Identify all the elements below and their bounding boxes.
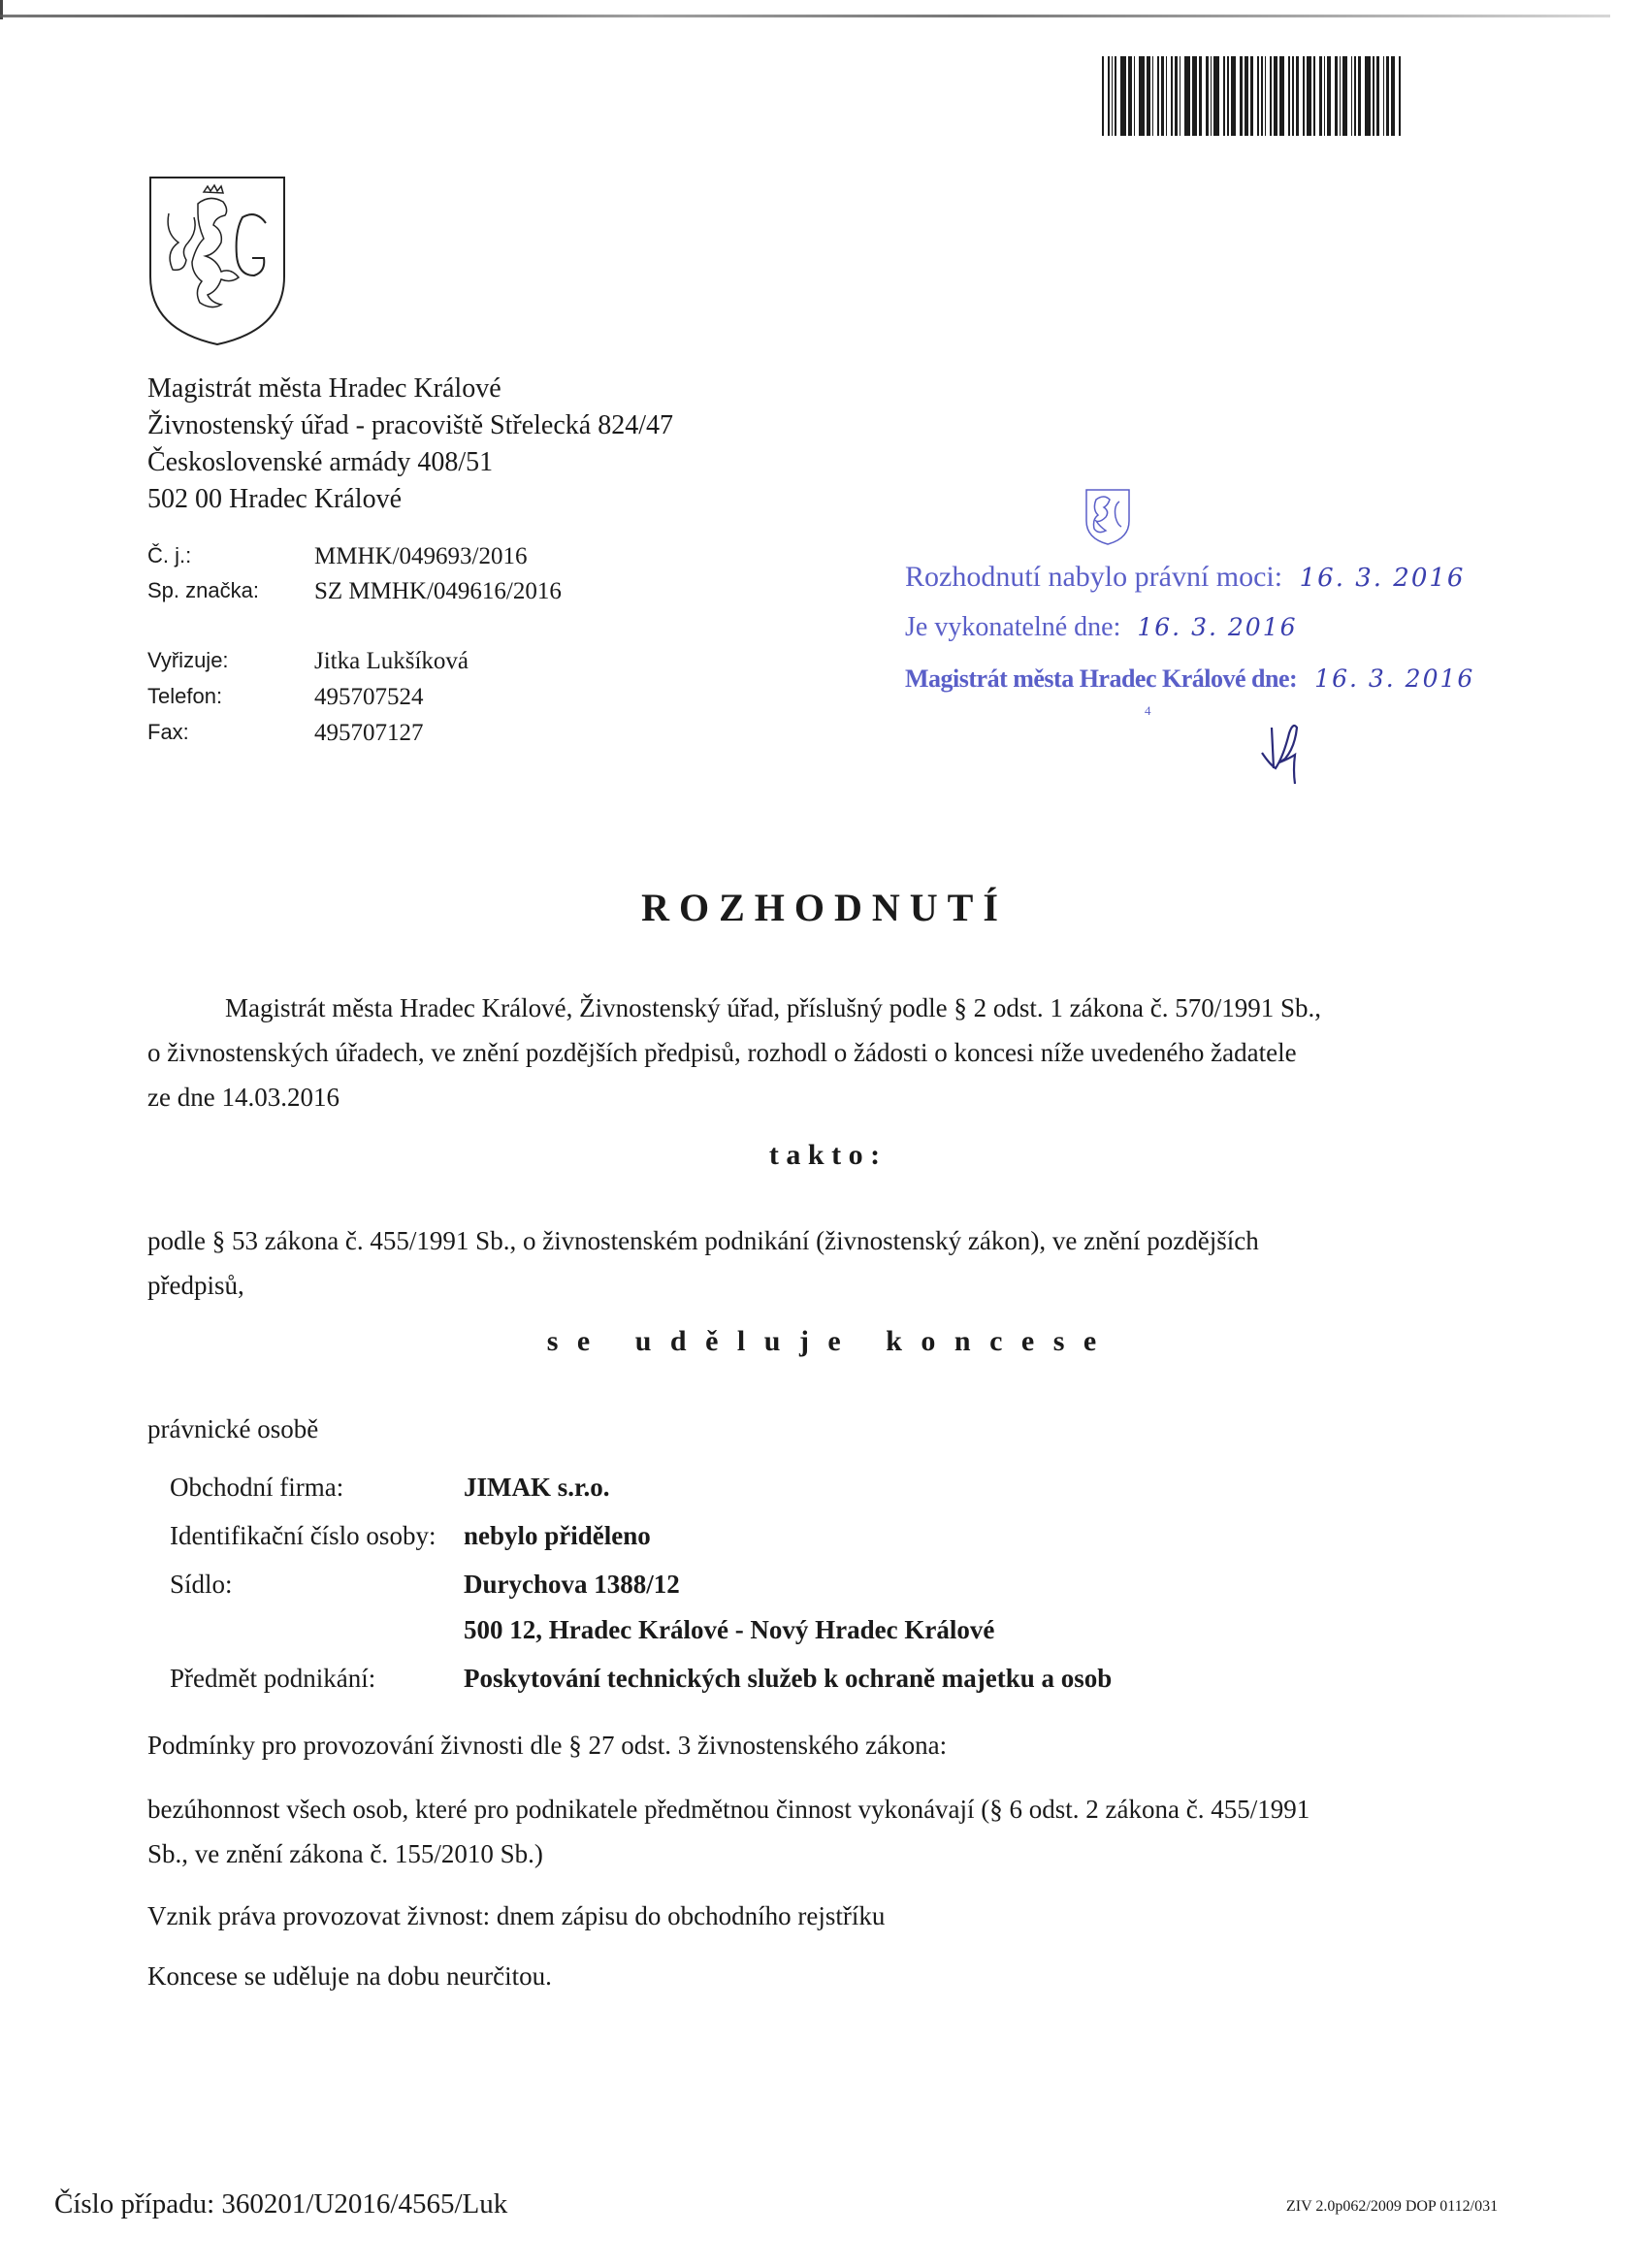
barcode-bar bbox=[1227, 56, 1229, 136]
case-number: Číslo případu: 360201/U2016/4565/Luk bbox=[54, 2188, 507, 2220]
takto-heading: t a k t o : bbox=[0, 1139, 1649, 1172]
barcode-bar bbox=[1175, 56, 1178, 136]
barcode-bar bbox=[1213, 56, 1219, 136]
barcode-bar bbox=[1161, 56, 1164, 136]
intro-line: Magistrát města Hradec Králové, Živnoste… bbox=[147, 986, 1467, 1030]
issuer-line: 502 00 Hradec Králové bbox=[147, 481, 673, 518]
reference-label: Č. j.: bbox=[147, 543, 191, 568]
scan-artifact-line bbox=[0, 15, 1610, 17]
issuer-line: Živnostenský úřad - pracoviště Střelecká… bbox=[147, 407, 673, 444]
recipient-type: právnické osobě bbox=[147, 1407, 1467, 1451]
issuer-line: Magistrát města Hradec Králové bbox=[147, 371, 673, 407]
party-value: Durychova 1388/12 bbox=[464, 1570, 680, 1600]
barcode-bar bbox=[1166, 56, 1167, 136]
party-row: Předmět podnikání: Poskytování technický… bbox=[0, 1664, 1649, 1712]
party-row: Sídlo: Durychova 1388/12 bbox=[0, 1570, 1649, 1615]
decision-heading: s e u d ě l u j e k o n c e s e bbox=[0, 1325, 1649, 1358]
conditions-heading: Podmínky pro provozování živnosti dle § … bbox=[147, 1723, 1467, 1767]
handwritten-date: 16. 3. 2016 bbox=[1137, 613, 1297, 641]
stamp-crest-icon bbox=[1084, 488, 1131, 546]
barcode-bar bbox=[1365, 56, 1371, 136]
conditions-paragraph: bezúhonnost všech osob, které pro podnik… bbox=[147, 1787, 1467, 1876]
barcode-bar bbox=[1245, 56, 1248, 136]
barcode-bar bbox=[1231, 56, 1236, 136]
stamp-line-enforceable: Je vykonatelné dne: 16. 3. 2016 bbox=[905, 612, 1298, 643]
barcode-bar bbox=[1383, 56, 1384, 136]
stamp-line-legal-force: Rozhodnutí nabylo právní moci: 16. 3. 20… bbox=[905, 561, 1465, 594]
barcode-bar bbox=[1296, 56, 1299, 136]
barcode-bar bbox=[1223, 56, 1225, 136]
barcode-bar bbox=[1376, 56, 1379, 136]
conditions-line: Sb., ve znění zákona č. 155/2010 Sb.) bbox=[147, 1831, 1467, 1876]
intro-line: o živnostenských úřadech, ve znění pozdě… bbox=[147, 1030, 1467, 1075]
barcode-bar bbox=[1184, 56, 1190, 136]
stamp-label: Je vykonatelné dne: bbox=[905, 612, 1120, 642]
party-value: JIMAK s.r.o. bbox=[464, 1473, 610, 1503]
barcode-bar bbox=[1373, 56, 1374, 136]
issuer-address: Magistrát města Hradec Králové Živnosten… bbox=[147, 371, 673, 518]
party-label: Identifikační číslo osoby: bbox=[170, 1521, 436, 1551]
barcode-bar bbox=[1128, 56, 1132, 136]
barcode-bar bbox=[1115, 56, 1116, 136]
barcode-bar bbox=[1342, 56, 1347, 136]
legal-basis-line: předpisů, bbox=[147, 1263, 1467, 1308]
barcode-bar bbox=[1319, 56, 1322, 136]
reference-value: MMHK/049693/2016 bbox=[314, 543, 527, 570]
barcode-bar bbox=[1391, 56, 1395, 136]
barcode-bar bbox=[1270, 56, 1272, 136]
contact-value: Jitka Lukšíková bbox=[314, 648, 469, 675]
barcode-bar bbox=[1192, 56, 1197, 136]
page-title: ROZHODNUTÍ bbox=[0, 885, 1649, 930]
barcode-bar bbox=[1180, 56, 1180, 136]
barcode-bar bbox=[1261, 56, 1263, 136]
barcode-icon bbox=[1102, 56, 1451, 136]
right-origin: Vznik práva provozovat živnost: dnem záp… bbox=[147, 1894, 1467, 1938]
intro-paragraph: Magistrát města Hradec Králové, Živnoste… bbox=[147, 986, 1467, 1119]
party-value: nebylo přiděleno bbox=[464, 1521, 651, 1551]
barcode-bar bbox=[1292, 56, 1294, 136]
stamp-small-mark: 4 bbox=[1145, 703, 1151, 719]
barcode-bar bbox=[1250, 56, 1253, 136]
conditions-line: bezúhonnost všech osob, které pro podnik… bbox=[147, 1787, 1467, 1831]
barcode-bar bbox=[1206, 56, 1209, 136]
barcode-bar bbox=[1313, 56, 1315, 136]
duration: Koncese se uděluje na dobu neurčitou. bbox=[147, 1954, 1467, 1998]
barcode-bar bbox=[1354, 56, 1356, 136]
barcode-bar bbox=[1120, 56, 1126, 136]
contact-label: Telefon: bbox=[147, 684, 222, 709]
party-label: Předmět podnikání: bbox=[170, 1664, 375, 1694]
barcode-bar bbox=[1171, 56, 1173, 136]
barcode-bar bbox=[1351, 56, 1352, 136]
stamp-label: Magistrát města Hradec Králové dne: bbox=[905, 664, 1297, 693]
barcode-bar bbox=[1327, 56, 1331, 136]
party-label: Sídlo: bbox=[170, 1570, 233, 1600]
barcode-bar bbox=[1265, 56, 1266, 136]
party-value: 500 12, Hradec Králové - Nový Hradec Krá… bbox=[464, 1615, 994, 1645]
party-row: Obchodní firma: JIMAK s.r.o. bbox=[0, 1473, 1649, 1521]
barcode-bar bbox=[1134, 56, 1135, 136]
barcode-bar bbox=[1152, 56, 1153, 136]
legal-force-stamp: Rozhodnutí nabylo právní moci: 16. 3. 20… bbox=[902, 480, 1581, 800]
stamp-line-office: Magistrát města Hradec Králové dne: 16. … bbox=[905, 664, 1474, 694]
stamp-label: Rozhodnutí nabylo právní moci: bbox=[905, 561, 1282, 593]
barcode-bar bbox=[1399, 56, 1401, 136]
contact-label: Fax: bbox=[147, 720, 189, 745]
barcode-bar bbox=[1157, 56, 1159, 136]
contact-value: 495707524 bbox=[314, 684, 424, 711]
party-details: Obchodní firma: JIMAK s.r.o. Identifikač… bbox=[0, 1473, 1649, 1712]
barcode-bar bbox=[1288, 56, 1290, 136]
party-row: 500 12, Hradec Králové - Nový Hradec Krá… bbox=[0, 1615, 1649, 1664]
coat-of-arms-icon bbox=[147, 175, 287, 347]
barcode-bar bbox=[1102, 56, 1104, 136]
barcode-bar bbox=[1147, 56, 1150, 136]
legal-basis-line: podle § 53 zákona č. 455/1991 Sb., o živ… bbox=[147, 1218, 1467, 1263]
reference-value: SZ MMHK/049616/2016 bbox=[314, 578, 562, 605]
barcode-bar bbox=[1279, 56, 1284, 136]
barcode-bar bbox=[1199, 56, 1202, 136]
barcode-bar bbox=[1108, 56, 1110, 136]
barcode-bar bbox=[1240, 56, 1243, 136]
contact-label: Vyřizuje: bbox=[147, 648, 229, 673]
signature-icon bbox=[1256, 718, 1309, 791]
handwritten-date: 16. 3. 2016 bbox=[1314, 664, 1474, 693]
legal-basis-paragraph: podle § 53 zákona č. 455/1991 Sb., o živ… bbox=[147, 1218, 1467, 1308]
barcode-bar bbox=[1274, 56, 1277, 136]
reference-label: Sp. značka: bbox=[147, 578, 259, 603]
barcode-bar bbox=[1358, 56, 1361, 136]
barcode-bar bbox=[1211, 56, 1212, 136]
intro-line: ze dne 14.03.2016 bbox=[147, 1075, 1467, 1119]
party-label: Obchodní firma: bbox=[170, 1473, 343, 1503]
barcode-bar bbox=[1335, 56, 1338, 136]
handwritten-date: 16. 3. 2016 bbox=[1300, 564, 1466, 593]
barcode-bar bbox=[1386, 56, 1389, 136]
barcode-bar bbox=[1307, 56, 1311, 136]
form-code: ZIV 2.0p062/2009 DOP 0112/031 bbox=[1286, 2198, 1498, 2216]
barcode-bar bbox=[1303, 56, 1305, 136]
barcode-bar bbox=[1340, 56, 1341, 136]
contact-value: 495707127 bbox=[314, 720, 424, 747]
barcode-bar bbox=[1139, 56, 1145, 136]
barcode-bar bbox=[1112, 56, 1113, 136]
issuer-line: Československé armády 408/51 bbox=[147, 444, 673, 481]
party-row: Identifikační číslo osoby: nebylo přiděl… bbox=[0, 1521, 1649, 1570]
barcode-bar bbox=[1257, 56, 1259, 136]
party-value: Poskytování technických služeb k ochraně… bbox=[464, 1664, 1112, 1694]
barcode-bar bbox=[1324, 56, 1325, 136]
